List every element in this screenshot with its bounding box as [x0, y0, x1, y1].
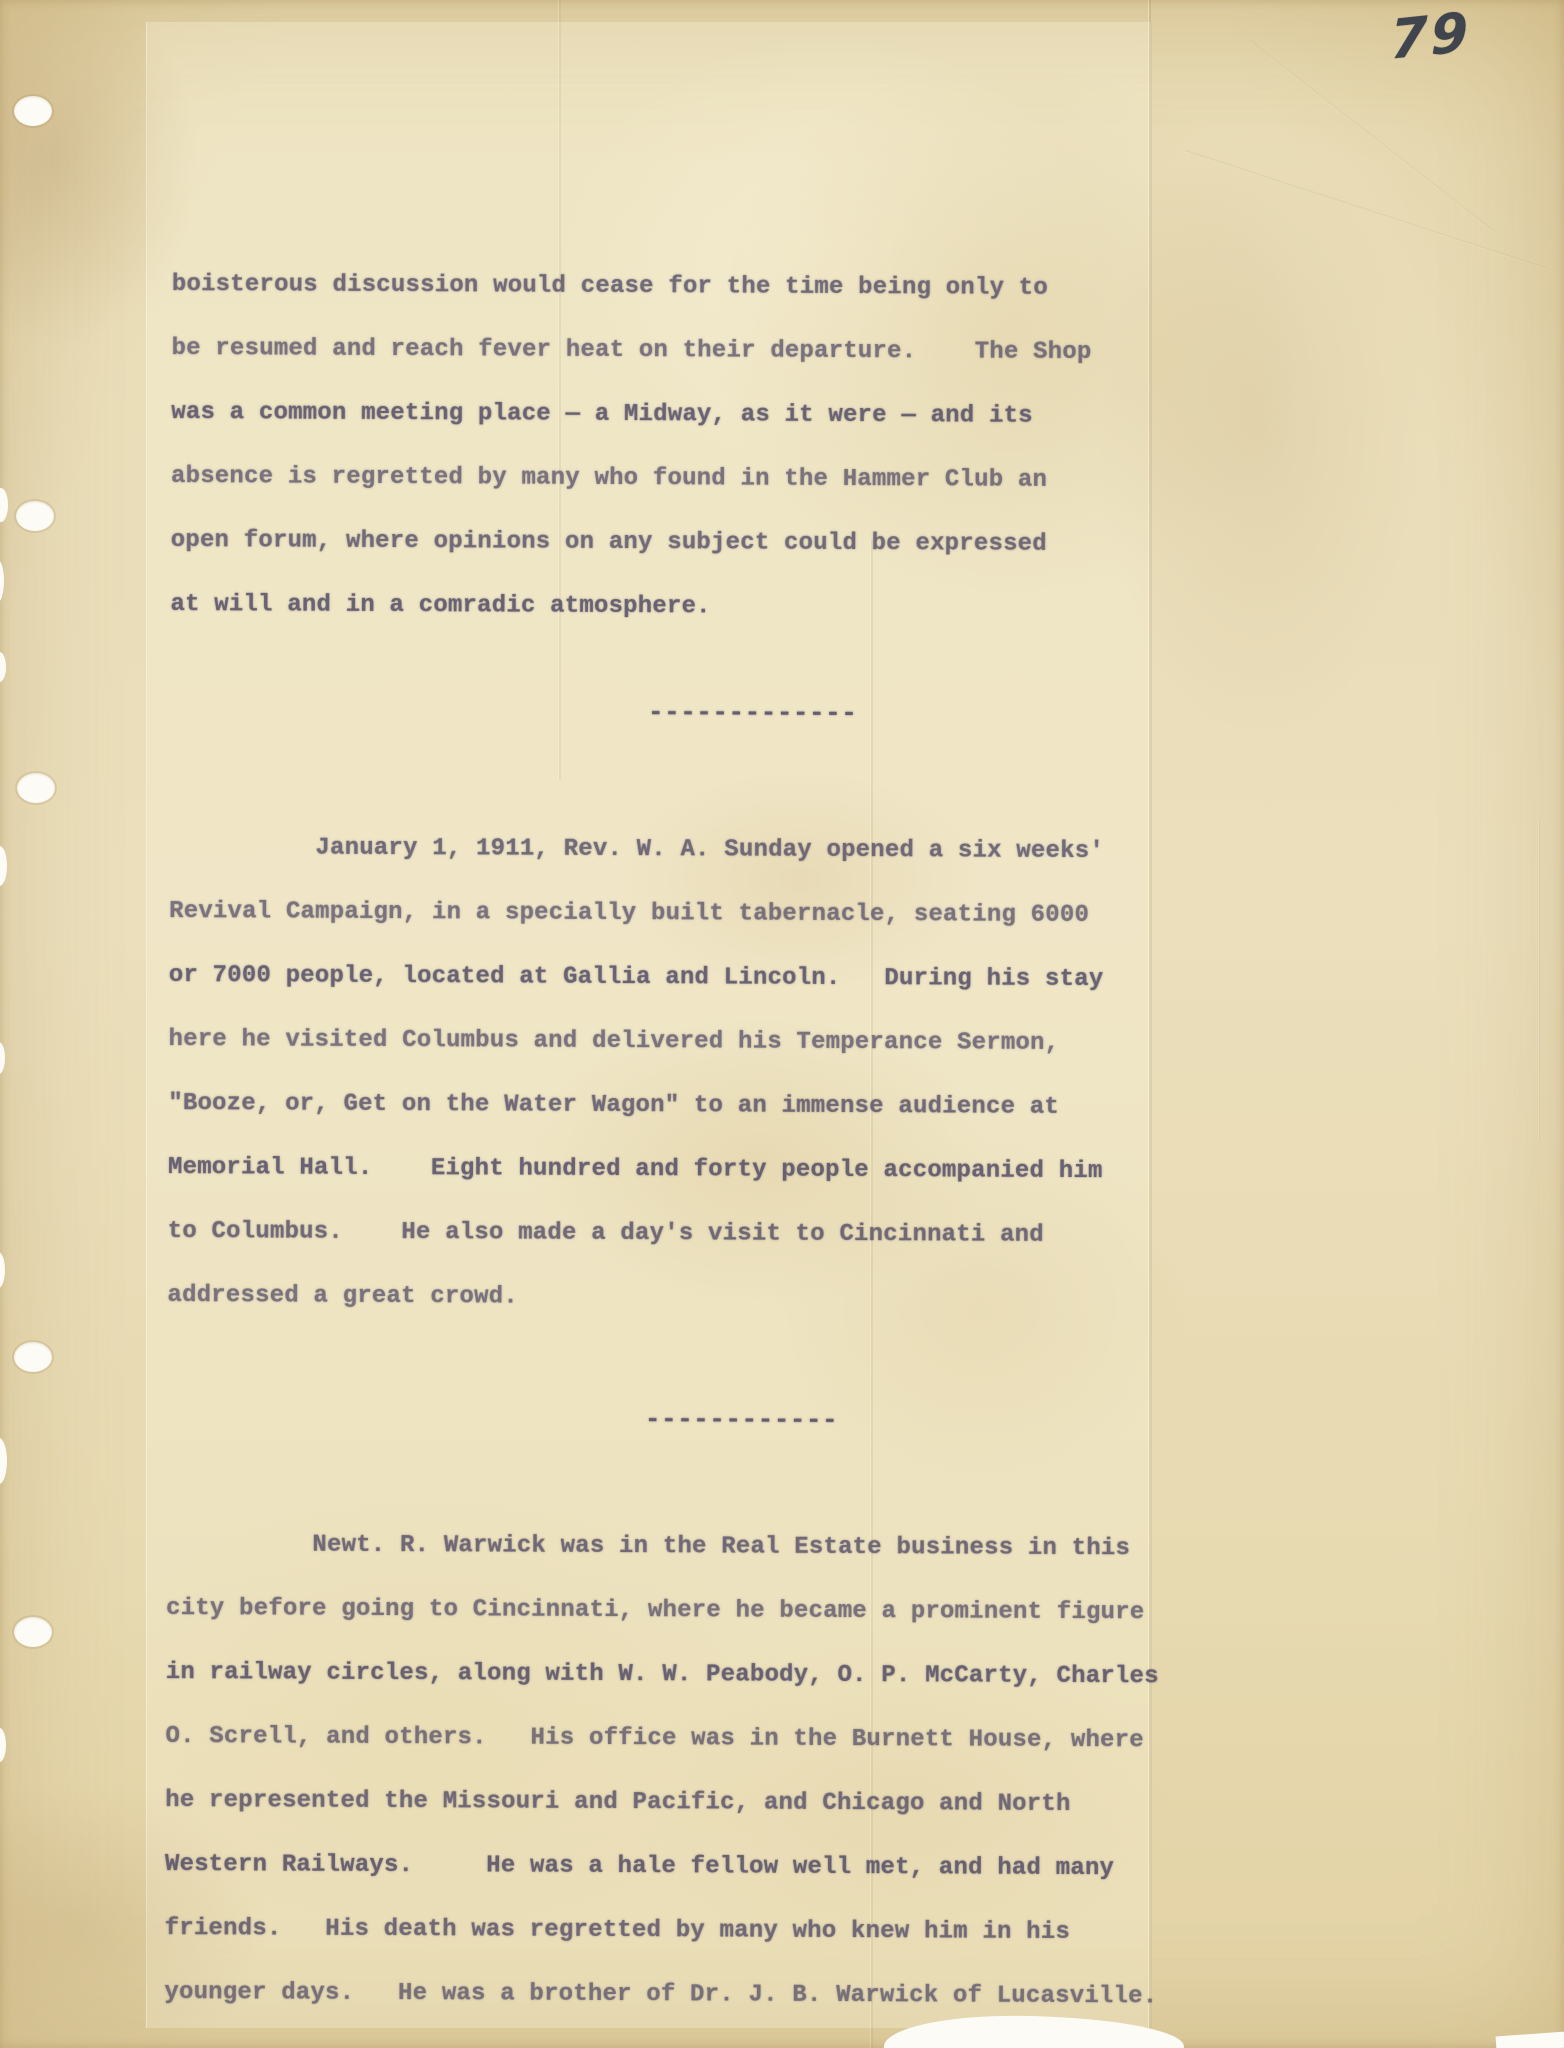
section-divider: ------------- — [648, 697, 857, 728]
section-divider: ------------ — [645, 1404, 838, 1435]
typed-line: Western Railways. He was a hale fellow w… — [165, 1833, 1158, 1901]
typed-line: Memorial Hall. Eight hundred and forty p… — [168, 1136, 1103, 1204]
typed-line: open forum, where opinions on any subjec… — [171, 509, 1091, 577]
typed-line: was a common meeting place — a Midway, a… — [171, 381, 1091, 449]
typed-line: he represented the Missouri and Pacific,… — [165, 1769, 1158, 1837]
typed-line: at will and in a comradic atmosphere. — [170, 573, 1090, 641]
typed-line: January 1, 1911, Rev. W. A. Sunday opene… — [169, 816, 1104, 884]
typed-line: be resumed and reach fever heat on their… — [171, 317, 1091, 385]
document-page: 79 boisterous discussion would cease for… — [0, 0, 1564, 2048]
typed-line: in railway circles, along with W. W. Pea… — [166, 1641, 1159, 1709]
paragraph-hammer-club: boisterous discussion would cease for th… — [170, 253, 1092, 641]
typed-line: city before going to Cincinnati, where h… — [166, 1577, 1159, 1645]
typed-line: addressed a great crowd. — [167, 1264, 1102, 1332]
typed-line: here he visited Columbus and delivered h… — [168, 1008, 1103, 1076]
paragraph-sunday-revival: January 1, 1911, Rev. W. A. Sunday opene… — [167, 816, 1104, 1332]
typed-line: absence is regretted by many who found i… — [171, 445, 1091, 513]
typed-line: or 7000 people, located at Gallia and Li… — [169, 944, 1104, 1012]
typed-line: to Columbus. He also made a day's visit … — [168, 1200, 1103, 1268]
typed-line: O. Screll, and others. His office was in… — [165, 1705, 1158, 1773]
typed-line: younger days. He was a brother of Dr. J.… — [164, 1961, 1157, 2029]
typed-line: "Booze, or, Get on the Water Wagon" to a… — [168, 1072, 1103, 1140]
typed-text-block: boisterous discussion would cease for th… — [0, 0, 1564, 2048]
typed-line: Newt. R. Warwick was in the Real Estate … — [166, 1513, 1159, 1581]
scanned-document: 79 boisterous discussion would cease for… — [0, 0, 1564, 2048]
typed-line: Revival Campaign, in a specially built t… — [169, 880, 1104, 948]
typed-line: friends. His death was regretted by many… — [165, 1897, 1158, 1965]
typed-line: boisterous discussion would cease for th… — [172, 253, 1092, 321]
paragraph-warwick: Newt. R. Warwick was in the Real Estate … — [164, 1513, 1159, 2029]
